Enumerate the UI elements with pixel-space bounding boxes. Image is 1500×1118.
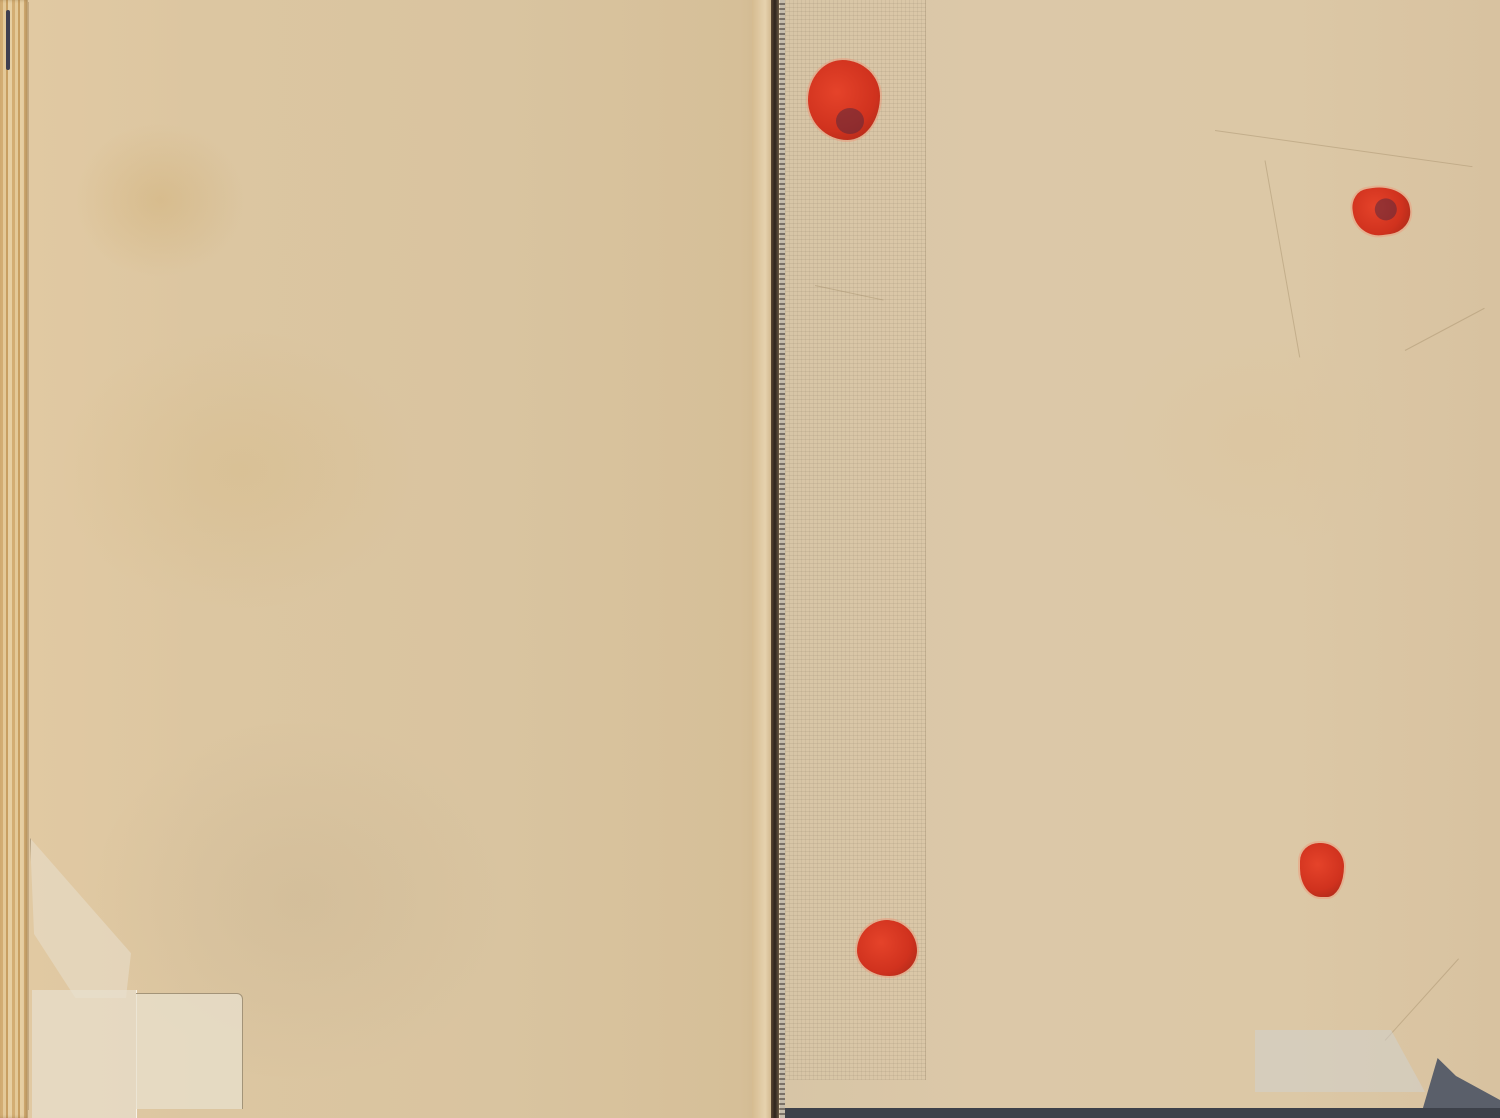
cover-board-edge <box>6 10 10 70</box>
page-edge-stack <box>0 0 28 1118</box>
left-endpaper <box>0 0 780 1118</box>
cover-bottom-edge <box>785 1108 1500 1118</box>
red-wax-mark-bottom-left <box>857 920 917 976</box>
red-wax-mark-bottom-right <box>1300 843 1344 897</box>
book-photo <box>0 0 1500 1118</box>
paper-crease <box>1405 308 1485 351</box>
red-wax-mark-top-left <box>808 60 880 140</box>
hinge-cloth-strip <box>785 0 926 1080</box>
paper-crease <box>1215 130 1473 167</box>
left-page-sheet <box>28 2 770 1110</box>
corner-repair-patch-a <box>32 990 137 1118</box>
paper-crease <box>1385 958 1459 1040</box>
corner-repair-patch-b <box>136 993 243 1109</box>
bottom-repair-patch <box>1255 1030 1425 1092</box>
paper-crease <box>1265 160 1301 357</box>
spine-gutter <box>771 0 779 1118</box>
